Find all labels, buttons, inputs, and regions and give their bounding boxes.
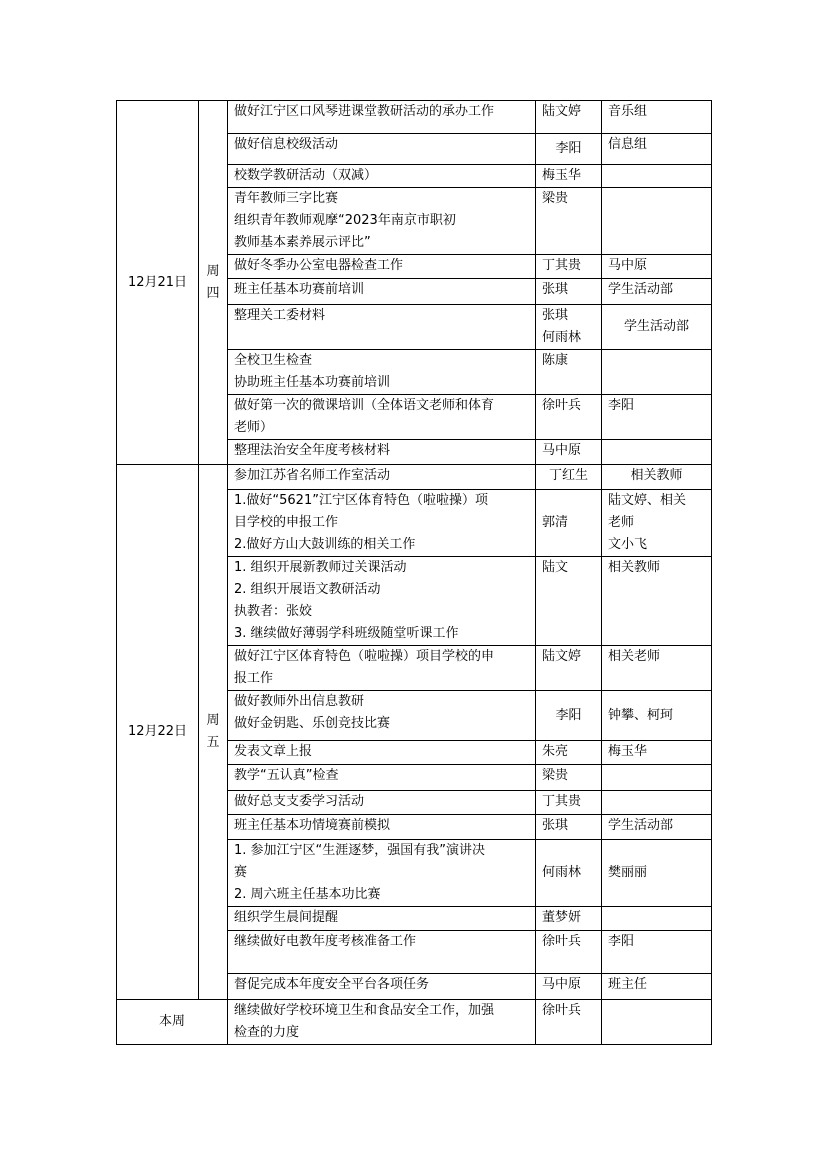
- assist-cell: [602, 765, 712, 791]
- assist-cell: [602, 188, 712, 255]
- task-cell: 整理关工委材料: [228, 305, 536, 350]
- date-cell: 12月21日: [117, 101, 199, 465]
- assist-cell: 梅玉华: [602, 741, 712, 765]
- task-cell: 做好总支支委学习活动: [228, 791, 536, 815]
- owner-cell: 徐叶兵: [536, 1000, 602, 1045]
- owner-cell: 张琪: [536, 815, 602, 840]
- task-cell: 做好教师外出信息教研做好金钥匙、乐创竞技比赛: [228, 691, 536, 741]
- assist-cell: [602, 791, 712, 815]
- owner-cell-line: 梅玉华: [542, 165, 595, 187]
- owner-cell: 丁红生: [536, 465, 602, 490]
- task-cell: 教学“五认真”检查: [228, 765, 536, 791]
- assist-cell: 相关教师: [602, 557, 712, 646]
- assist-cell: [602, 165, 712, 188]
- task-cell-line: 做好第一次的微课培训（全体语文老师和体育: [234, 395, 529, 417]
- owner-cell-line: 陈康: [542, 350, 595, 372]
- task-cell: 继续做好电教年度考核准备工作: [228, 931, 536, 974]
- assist-cell: 钟攀、柯珂: [602, 691, 712, 741]
- assist-cell-line: 相关老师: [608, 646, 705, 668]
- assist-cell-line: 学生活动部: [608, 279, 705, 301]
- owner-cell: 李阳: [536, 691, 602, 741]
- owner-cell: 张琪: [536, 279, 602, 305]
- owner-cell-line: 梁贵: [542, 765, 595, 787]
- task-cell-line: 整理关工委材料: [234, 305, 529, 327]
- owner-cell-line: 徐叶兵: [542, 395, 595, 417]
- assist-cell: [602, 907, 712, 931]
- task-cell-line: 2. 周六班主任基本功比赛: [234, 884, 529, 906]
- assist-cell: 音乐组: [602, 101, 712, 134]
- assist-cell: 班主任: [602, 974, 712, 1000]
- owner-cell: 张琪何雨林: [536, 305, 602, 350]
- task-cell-line: 做好信息校级活动: [234, 134, 529, 156]
- task-cell: 全校卫生检查协助班主任基本功赛前培训: [228, 350, 536, 395]
- task-cell: 1.做好“5621”江宁区体育特色（啦啦操）项目学校的申报工作2.做好方山大鼓训…: [228, 490, 536, 557]
- task-cell-line: 做好江宁区口风琴进课堂教研活动的承办工作: [234, 101, 529, 123]
- task-cell: 整理法治安全年度考核材料: [228, 440, 536, 465]
- assist-cell: 李阳: [602, 395, 712, 440]
- owner-cell-line: 郭清: [542, 512, 595, 534]
- owner-cell: 马中原: [536, 974, 602, 1000]
- task-cell: 参加江苏省名师工作室活动: [228, 465, 536, 490]
- owner-cell-line: 张琪: [542, 815, 595, 837]
- assist-cell-line: 李阳: [608, 931, 705, 953]
- date-cell: 12月22日: [117, 465, 199, 1000]
- assist-cell-line: 信息组: [608, 134, 705, 156]
- task-cell-line: 教学“五认真”检查: [234, 765, 529, 787]
- task-cell-line: 赛: [234, 862, 529, 884]
- task-cell-line: 教师基本素养展示评比”: [234, 232, 529, 254]
- task-cell: 发表文章上报: [228, 741, 536, 765]
- table-row: 12月21日周四做好江宁区口风琴进课堂教研活动的承办工作陆文婷音乐组: [117, 101, 712, 134]
- table-row: 12月22日周五参加江苏省名师工作室活动丁红生相关教师: [117, 465, 712, 490]
- assist-cell-line: 学生活动部: [608, 815, 705, 837]
- task-cell: 1. 参加江宁区“生涯逐梦，强国有我”演讲决赛2. 周六班主任基本功比赛: [228, 840, 536, 907]
- owner-cell: 梁贵: [536, 188, 602, 255]
- owner-cell: 徐叶兵: [536, 931, 602, 974]
- owner-cell: 马中原: [536, 440, 602, 465]
- assist-cell-line: 老师: [608, 512, 705, 534]
- owner-cell: 陈康: [536, 350, 602, 395]
- task-cell-line: 协助班主任基本功赛前培训: [234, 372, 529, 394]
- assist-cell-line: 钟攀、柯珂: [608, 705, 705, 727]
- task-cell-line: 发表文章上报: [234, 741, 529, 763]
- owner-cell-line: 马中原: [542, 440, 595, 462]
- weekday-cell: 周四: [199, 101, 228, 465]
- task-cell-line: 做好江宁区体育特色（啦啦操）项目学校的申: [234, 646, 529, 668]
- owner-cell-line: 李阳: [542, 705, 595, 727]
- assist-cell: 马中原: [602, 255, 712, 279]
- assist-cell: 陆文婷、相关老师文小飞: [602, 490, 712, 557]
- task-cell-line: 报工作: [234, 668, 529, 690]
- owner-cell-line: 董梦妍: [542, 907, 595, 929]
- assist-cell-line: 李阳: [608, 395, 705, 417]
- task-cell-line: 参加江苏省名师工作室活动: [234, 465, 529, 487]
- week-label-cell: 本周: [117, 1000, 228, 1045]
- task-cell-line: 青年教师三字比赛: [234, 188, 529, 210]
- owner-cell: 陆文: [536, 557, 602, 646]
- task-cell: 青年教师三字比赛组织青年教师观摩“2023年南京市职初教师基本素养展示评比”: [228, 188, 536, 255]
- task-cell-line: 班主任基本功赛前培训: [234, 279, 529, 301]
- assist-cell: 学生活动部: [602, 305, 712, 350]
- task-cell-line: 2.做好方山大鼓训练的相关工作: [234, 534, 529, 556]
- assist-cell-line: 梅玉华: [608, 741, 705, 763]
- owner-cell: 丁其贵: [536, 791, 602, 815]
- task-cell-line: 继续做好电教年度考核准备工作: [234, 931, 529, 953]
- assist-cell-line: 音乐组: [608, 101, 705, 123]
- task-cell-line: 1.做好“5621”江宁区体育特色（啦啦操）项: [234, 490, 529, 512]
- owner-cell-line: 徐叶兵: [542, 931, 595, 953]
- task-cell-line: 全校卫生检查: [234, 350, 529, 372]
- task-cell: 班主任基本功情境赛前模拟: [228, 815, 536, 840]
- owner-cell: 郭清: [536, 490, 602, 557]
- task-cell-line: 做好金钥匙、乐创竞技比赛: [234, 713, 529, 735]
- owner-cell-line: 朱亮: [542, 741, 595, 763]
- task-cell: 做好第一次的微课培训（全体语文老师和体育老师）: [228, 395, 536, 440]
- assist-cell-line: 班主任: [608, 974, 705, 996]
- task-cell: 组织学生晨间提醒: [228, 907, 536, 931]
- assist-cell: 相关老师: [602, 646, 712, 691]
- task-cell-line: 3. 继续做好薄弱学科班级随堂听课工作: [234, 623, 529, 645]
- owner-cell-line: 何雨林: [542, 327, 595, 349]
- task-cell-line: 1. 组织开展新教师过关课活动: [234, 557, 529, 579]
- assist-cell-line: 马中原: [608, 255, 705, 277]
- task-cell-line: 检查的力度: [234, 1022, 529, 1044]
- assist-cell: 学生活动部: [602, 279, 712, 305]
- owner-cell-line: 丁其贵: [542, 255, 595, 277]
- task-cell-line: 目学校的申报工作: [234, 512, 529, 534]
- task-cell-line: 做好总支支委学习活动: [234, 791, 529, 813]
- owner-cell: 梁贵: [536, 765, 602, 791]
- task-cell-line: 组织青年教师观摩“2023年南京市职初: [234, 210, 529, 232]
- assist-cell-line: 学生活动部: [608, 316, 705, 338]
- owner-cell: 徐叶兵: [536, 395, 602, 440]
- assist-cell: [602, 440, 712, 465]
- week-row: 本周继续做好学校环境卫生和食品安全工作，加强检查的力度徐叶兵: [117, 1000, 712, 1045]
- weekday-cell: 周五: [199, 465, 228, 1000]
- assist-cell: [602, 350, 712, 395]
- owner-cell-line: 陆文婷: [542, 101, 595, 123]
- task-cell: 做好信息校级活动: [228, 134, 536, 165]
- task-cell: 做好江宁区口风琴进课堂教研活动的承办工作: [228, 101, 536, 134]
- owner-cell-line: 丁其贵: [542, 791, 595, 813]
- weekday-char: 四: [205, 283, 221, 305]
- owner-cell: 丁其贵: [536, 255, 602, 279]
- owner-cell-line: 梁贵: [542, 188, 595, 210]
- owner-cell-line: 张琪: [542, 305, 595, 327]
- owner-cell-line: 李阳: [542, 138, 595, 160]
- assist-cell: 信息组: [602, 134, 712, 165]
- assist-cell: [602, 1000, 712, 1045]
- owner-cell: 李阳: [536, 134, 602, 165]
- owner-cell-line: 张琪: [542, 279, 595, 301]
- assist-cell-line: 相关教师: [608, 557, 705, 579]
- task-cell: 校数学教研活动（双减）: [228, 165, 536, 188]
- owner-cell-line: 何雨林: [542, 862, 595, 884]
- task-cell-line: 做好冬季办公室电器检查工作: [234, 255, 529, 277]
- weekday-char: 五: [205, 732, 221, 754]
- owner-cell-line: 陆文婷: [542, 646, 595, 668]
- task-cell-line: 班主任基本功情境赛前模拟: [234, 815, 529, 837]
- assist-cell: 相关教师: [602, 465, 712, 490]
- assist-cell: 学生活动部: [602, 815, 712, 840]
- weekly-schedule-table: 12月21日周四做好江宁区口风琴进课堂教研活动的承办工作陆文婷音乐组做好信息校级…: [116, 100, 712, 1045]
- task-cell-line: 继续做好学校环境卫生和食品安全工作，加强: [234, 1000, 529, 1022]
- assist-cell-line: 陆文婷、相关: [608, 490, 705, 512]
- task-cell-line: 督促完成本年度安全平台各项任务: [234, 974, 529, 996]
- task-cell-line: 2. 组织开展语文教研活动: [234, 579, 529, 601]
- owner-cell: 董梦妍: [536, 907, 602, 931]
- task-cell: 做好江宁区体育特色（啦啦操）项目学校的申报工作: [228, 646, 536, 691]
- owner-cell: 何雨林: [536, 840, 602, 907]
- assist-cell-line: 文小飞: [608, 534, 705, 556]
- task-cell-line: 做好教师外出信息教研: [234, 691, 529, 713]
- owner-cell-line: 丁红生: [542, 465, 595, 487]
- owner-cell-line: 徐叶兵: [542, 1000, 595, 1022]
- owner-cell: 朱亮: [536, 741, 602, 765]
- task-cell-line: 执教者：张姣: [234, 601, 529, 623]
- assist-cell-line: 相关教师: [608, 465, 705, 487]
- assist-cell: 李阳: [602, 931, 712, 974]
- weekday-char: 周: [205, 710, 221, 732]
- owner-cell-line: 马中原: [542, 974, 595, 996]
- task-cell: 督促完成本年度安全平台各项任务: [228, 974, 536, 1000]
- task-cell: 做好冬季办公室电器检查工作: [228, 255, 536, 279]
- task-cell: 班主任基本功赛前培训: [228, 279, 536, 305]
- weekday-char: 周: [205, 261, 221, 283]
- task-cell-line: 整理法治安全年度考核材料: [234, 440, 529, 462]
- task-cell: 1. 组织开展新教师过关课活动2. 组织开展语文教研活动执教者：张姣3. 继续做…: [228, 557, 536, 646]
- owner-cell-line: 陆文: [542, 557, 595, 579]
- owner-cell: 陆文婷: [536, 646, 602, 691]
- task-cell: 继续做好学校环境卫生和食品安全工作，加强检查的力度: [228, 1000, 536, 1045]
- assist-cell: 樊丽丽: [602, 840, 712, 907]
- task-cell-line: 组织学生晨间提醒: [234, 907, 529, 929]
- owner-cell: 陆文婷: [536, 101, 602, 134]
- owner-cell: 梅玉华: [536, 165, 602, 188]
- task-cell-line: 1. 参加江宁区“生涯逐梦，强国有我”演讲决: [234, 840, 529, 862]
- task-cell-line: 校数学教研活动（双减）: [234, 165, 529, 187]
- assist-cell-line: 樊丽丽: [608, 862, 705, 884]
- task-cell-line: 老师）: [234, 417, 529, 439]
